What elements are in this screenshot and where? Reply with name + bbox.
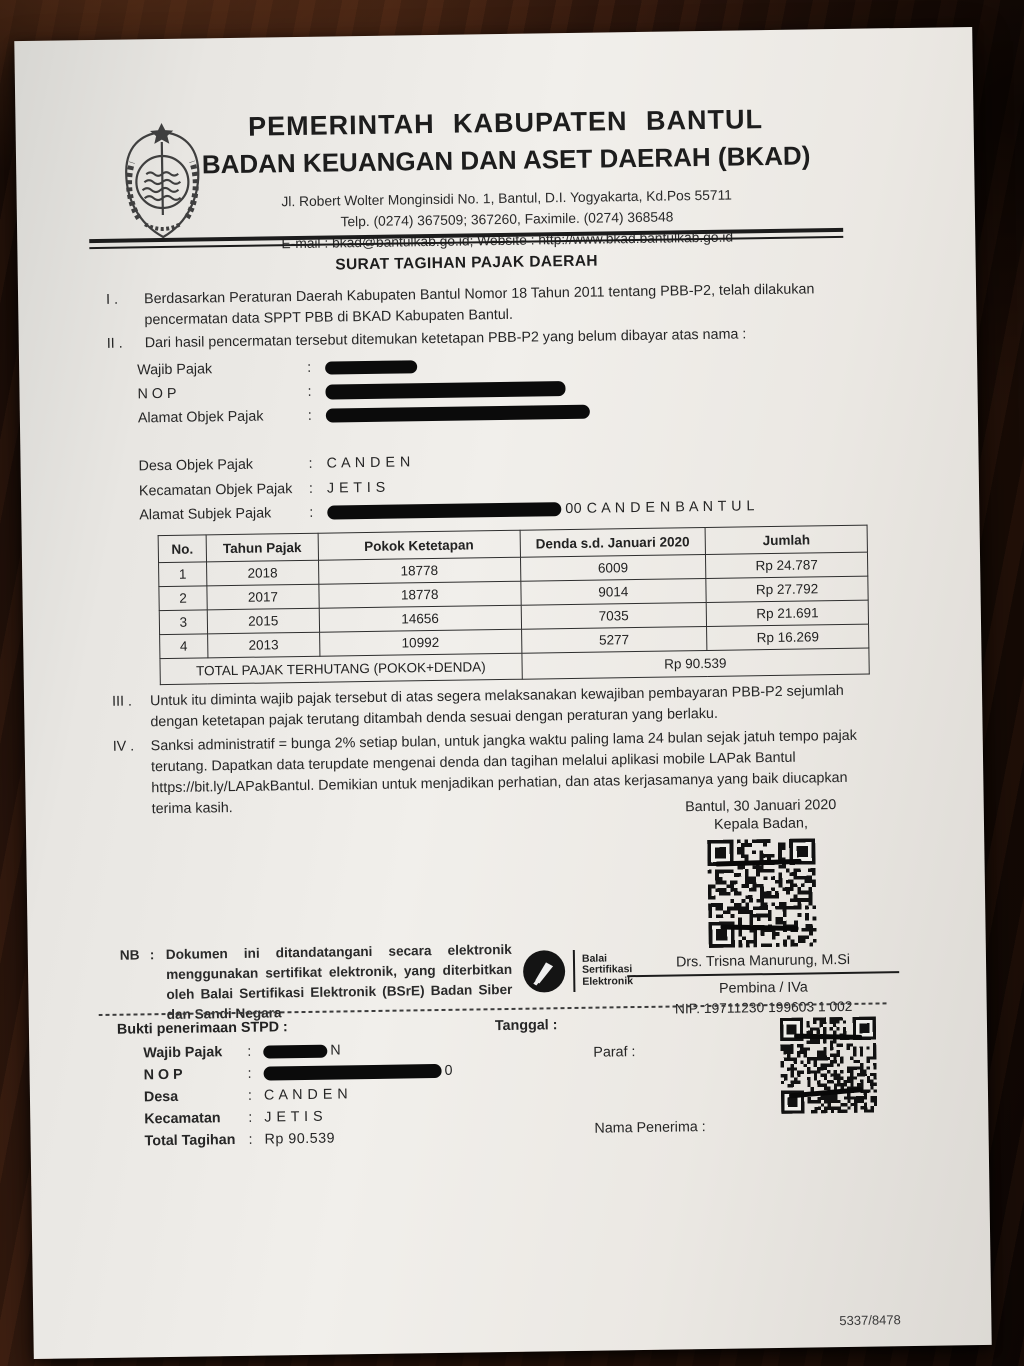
field-label: N O P [144,1066,248,1084]
field-desa-objek: Desa Objek Pajak : C A N D E N [138,452,410,476]
field-kecamatan-objek: Kecamatan Objek Pajak : J E T I S [139,478,386,502]
receipt-receiver-label: Nama Penerima : [594,1119,705,1137]
signatory-rank: Pembina / IVa [627,978,899,998]
redaction-bar [327,502,561,519]
cell: Rp 24.787 [706,552,868,578]
field-value: C A N D E N [326,454,410,471]
colon: : [247,1044,263,1060]
field-label: Total Tagihan [144,1132,248,1150]
col-header-tahun: Tahun Pajak [206,533,318,562]
field-wajib-pajak: Wajib Pajak : [137,356,417,380]
colon: : [308,456,326,472]
total-value: Rp 90.539 [521,648,869,679]
cell: 2013 [208,632,320,658]
field-label: N O P [137,384,307,403]
field-alamat-objek: Alamat Objek Pajak : [138,402,590,429]
field-value: C A N D E N [264,1086,348,1103]
colon: : [248,1110,264,1126]
signature-place-date: Bantul, 30 Januari 2020 [625,796,897,816]
item-3-text: Untuk itu diminta wajib pajak tersebut d… [150,680,879,733]
field-label: Wajib Pajak [137,360,307,379]
colon: : [248,1088,264,1104]
cell: 5277 [521,626,707,653]
cell: 2018 [206,560,318,586]
item-3-number: III . [112,691,151,734]
redaction-bar [325,381,565,400]
cell: 7035 [521,602,707,629]
field-value: J E T I S [327,480,386,497]
bsre-logo: Balai Sertifikasi Elektronik [522,948,633,994]
redaction-bar [326,405,590,423]
colon: : [309,505,327,521]
receipt-field-desa: Desa : C A N D E N [144,1084,348,1107]
cell: 3 [159,610,207,635]
redaction-bar [325,360,417,374]
colon: : [307,384,325,400]
cell: Rp 16.269 [707,624,869,650]
cell: 2017 [207,584,319,610]
colon: : [248,1066,264,1082]
col-header-pokok: Pokok Ketetapan [318,530,520,560]
field-label: Desa [144,1088,248,1106]
cell: Rp 21.691 [706,600,868,626]
receipt-paraf-label: Paraf : [593,1044,635,1061]
signatory-name: Drs. Trisna Manurung, M.Si [627,951,899,977]
field-alamat-subjek: Alamat Subjek Pajak : 00 C A N D E N B A… [139,496,755,525]
signature-block: Bantul, 30 Januari 2020 Kepala Badan, Dr… [625,796,900,1017]
cell: Rp 27.792 [706,576,868,602]
item-3: III . Untuk itu diminta wajib pajak ters… [112,680,879,733]
field-label: Alamat Objek Pajak [138,408,308,427]
field-label: Kecamatan Objek Pajak [139,481,309,500]
cell: 9014 [520,578,706,605]
signatory-nip: NIP. 19711230 199603 1 002 [628,998,900,1017]
document-number: 5337/8478 [839,1312,901,1328]
receipt-field-kecamatan: Kecamatan : J E T I S [144,1107,323,1130]
field-value: J E T I S [264,1109,323,1126]
receipt-field-nop: N O P : 0 [143,1061,453,1086]
cell: 18778 [318,557,520,584]
item-2-number: II . [107,333,145,355]
field-value-suffix: 0 [444,1063,453,1079]
cell: 10992 [319,629,521,656]
cell: 1 [159,562,207,587]
field-label: Wajib Pajak [143,1044,247,1062]
cell: 14656 [319,605,521,632]
item-4-number: IV . [113,736,152,821]
cell: 6009 [520,554,706,581]
field-value: Rp 90.539 [264,1131,335,1148]
cell: 4 [160,634,208,659]
item-1-number: I . [106,289,145,332]
document-paper: PEMERINTAH KABUPATEN BANTUL BADAN KEUANG… [14,27,991,1359]
colon: : [248,1132,264,1148]
colon: : [308,408,326,424]
colon: : [309,481,327,497]
field-value-suffix: N [330,1042,341,1058]
signature-role: Kepala Badan, [625,814,897,834]
field-label: Kecamatan [144,1110,248,1128]
field-label: Alamat Subjek Pajak [139,505,309,524]
field-label: Desa Objek Pajak [138,456,308,475]
field-nop: N O P : [137,378,565,404]
redaction-bar [263,1044,327,1058]
bsre-text-line: Elektronik [582,976,633,988]
tax-table: No. Tahun Pajak Pokok Ketetapan Denda s.… [158,525,870,686]
government-name: PEMERINTAH KABUPATEN BANTUL [165,103,845,144]
receipt-date-label: Tanggal : [495,1017,558,1034]
agency-name: BADAN KEUANGAN DAN ASET DAERAH (BKAD) [166,140,846,181]
receipt-field-wajib-pajak: Wajib Pajak : N [143,1040,341,1063]
qr-code-receipt [780,1017,877,1114]
receipt-title: Bukti penerimaan STPD : [117,1019,288,1038]
col-header-no: No. [158,535,206,563]
colon: : [307,360,325,376]
bsre-circle-icon [522,949,567,994]
cell: 18778 [319,581,521,608]
total-label: TOTAL PAJAK TERHUTANG (POKOK+DENDA) [160,653,522,684]
col-header-denda: Denda s.d. Januari 2020 [520,527,706,557]
redaction-bar [264,1064,442,1081]
col-header-jumlah: Jumlah [705,525,867,554]
field-value-suffix: 00 C A N D E N B A N T U L [565,498,755,517]
cell: 2015 [207,608,319,634]
qr-code-signature [707,838,817,948]
bsre-divider [573,950,576,992]
cell: 2 [159,586,207,611]
receipt-field-total-tagihan: Total Tagihan : Rp 90.539 [144,1129,335,1152]
